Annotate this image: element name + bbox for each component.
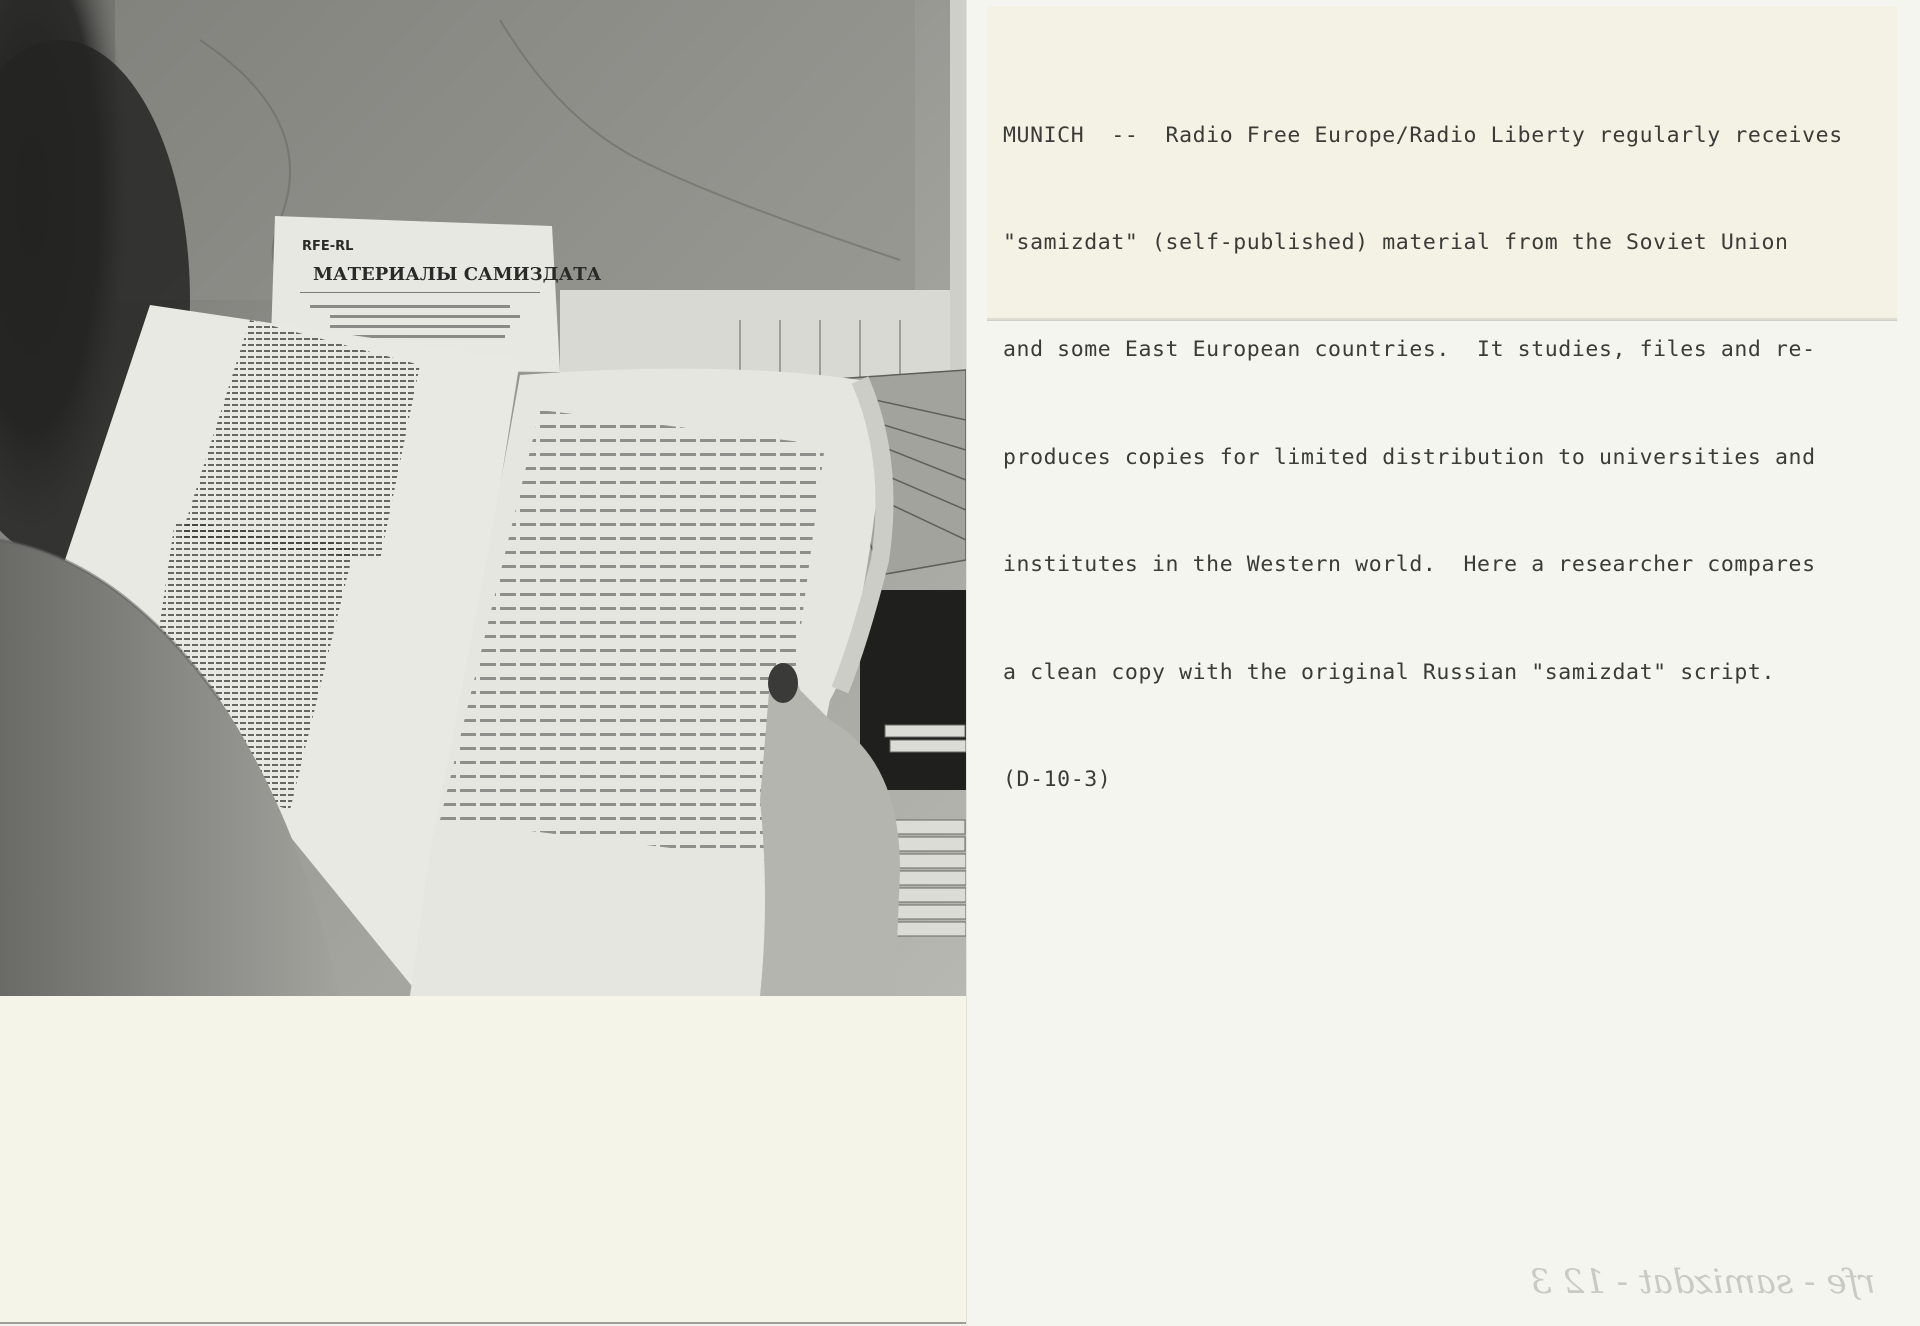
- photo-print: RFE-RL МАТЕРИАЛЫ САМИЗДАТА: [0, 0, 966, 1322]
- svg-text:МАТЕРИАЛЫ САМИЗДАТА: МАТЕРИАЛЫ САМИЗДАТА: [313, 264, 602, 285]
- bleed-through-handwriting-bottom: rfe - samizdat - 12 3: [1530, 1262, 1875, 1302]
- caption-line: "samizdat" (self-published) material fro…: [1003, 225, 1883, 261]
- caption-line: a clean copy with the original Russian "…: [1003, 655, 1883, 691]
- svg-text:RFE-RL: RFE-RL: [302, 239, 353, 254]
- caption-label: MUNICH -- Radio Free Europe/Radio Libert…: [987, 6, 1897, 320]
- caption-line: produces copies for limited distribution…: [1003, 440, 1883, 476]
- archival-photo-sheet: RFE-RL МАТЕРИАЛЫ САМИЗДАТА: [0, 0, 1920, 1326]
- caption-line: and some East European countries. It stu…: [1003, 332, 1883, 368]
- caption-line: institutes in the Western world. Here a …: [1003, 547, 1883, 583]
- caption-text: MUNICH -- Radio Free Europe/Radio Libert…: [1003, 46, 1883, 869]
- caption-line: (D-10-3): [1003, 762, 1883, 798]
- photograph: RFE-RL МАТЕРИАЛЫ САМИЗДАТА: [0, 0, 966, 996]
- caption-line: MUNICH -- Radio Free Europe/Radio Libert…: [1003, 118, 1883, 154]
